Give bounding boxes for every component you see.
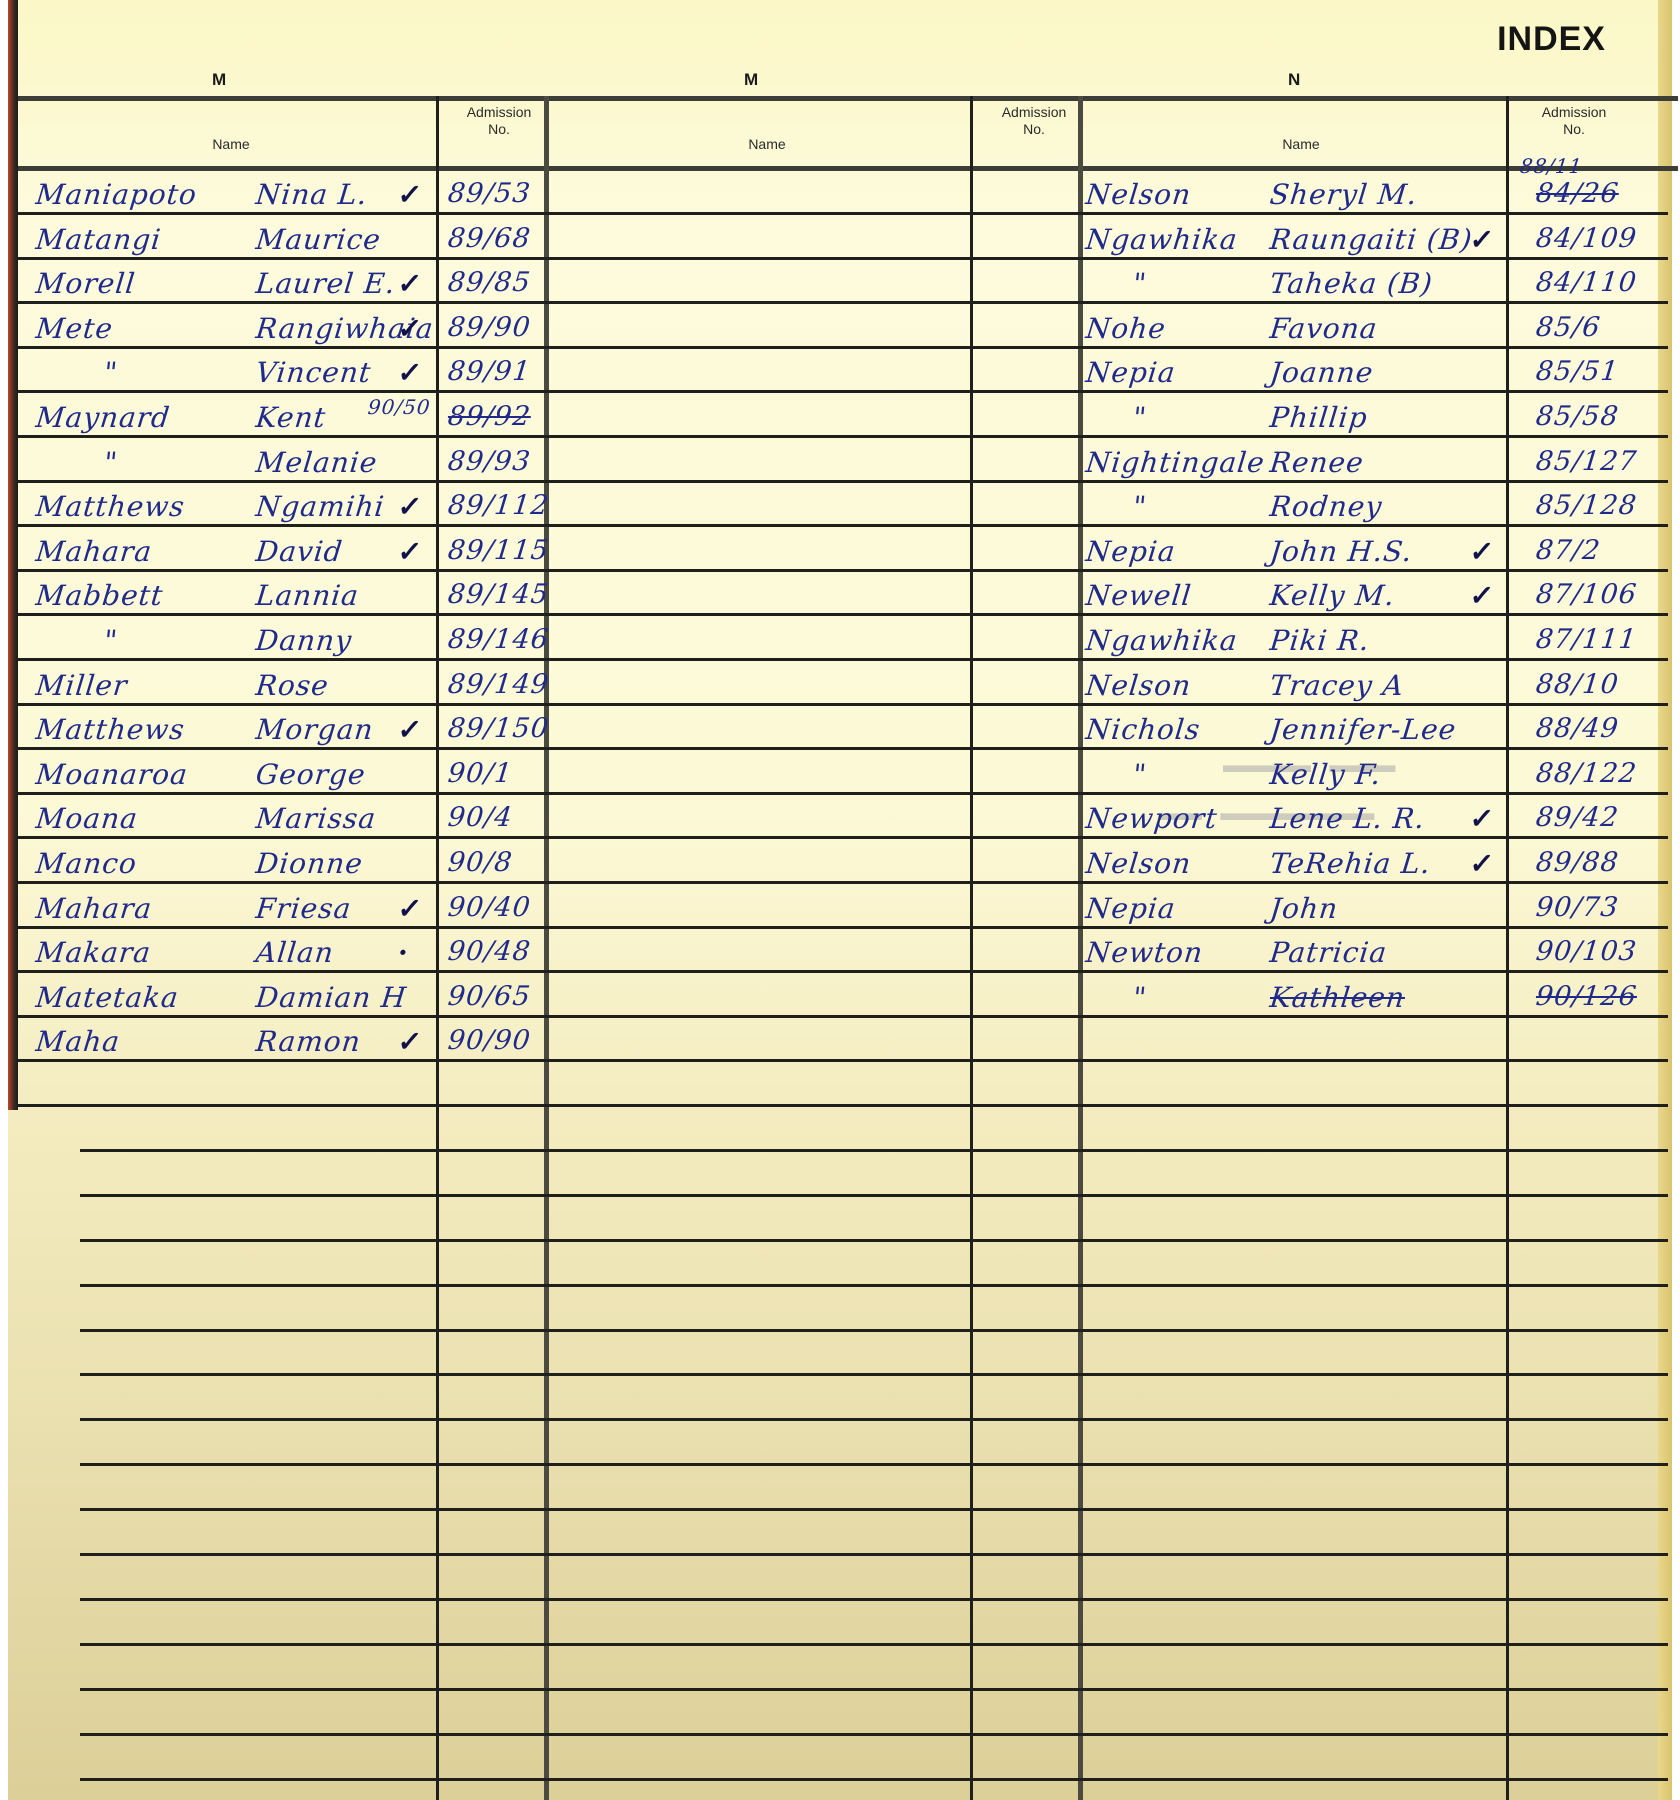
correction-note: 90/50 xyxy=(367,395,432,419)
given-name: John H.S. xyxy=(1268,535,1414,568)
surname: Moana xyxy=(34,802,139,835)
admission-number: 89/149 xyxy=(446,669,550,700)
header-top-rule xyxy=(18,96,1678,101)
check-mark-icon: ✓ xyxy=(396,1025,424,1058)
admission-number: 90/126 xyxy=(1534,981,1638,1012)
given-name: Nina L. xyxy=(254,178,369,211)
admission-number: 84/26 xyxy=(1534,178,1620,209)
check-mark-icon: ✓ xyxy=(396,535,424,568)
row-rule xyxy=(80,1643,1668,1646)
given-name: Laurel E. xyxy=(254,267,397,300)
surname: Newton xyxy=(1084,936,1205,969)
admission-number: 85/127 xyxy=(1534,446,1638,477)
admission-label: Admission xyxy=(980,104,1088,121)
divider-4 xyxy=(1078,96,1083,1800)
divider-2 xyxy=(544,96,549,1800)
admission-number: 85/6 xyxy=(1534,312,1602,343)
given-name: Kelly F. xyxy=(1268,758,1383,791)
check-mark-icon: ✓ xyxy=(396,490,424,523)
col-header-name-3: Name xyxy=(1088,136,1514,153)
admission-number: 87/106 xyxy=(1534,579,1638,610)
col-header-name-1: Name xyxy=(18,136,444,153)
admission-number: 89/92 xyxy=(446,401,532,432)
row-rule xyxy=(18,836,1668,839)
given-name: Maurice xyxy=(254,223,382,256)
admission-label: Admission xyxy=(444,104,554,121)
surname: Nichols xyxy=(1084,713,1202,746)
admission-number: 90/73 xyxy=(1534,892,1620,923)
given-name: Kathleen xyxy=(1268,981,1406,1014)
given-name: Lene L. R. xyxy=(1268,802,1427,835)
surname: Mahara xyxy=(34,535,154,568)
given-name: Ngamihi xyxy=(254,490,386,523)
row-rule xyxy=(80,1463,1668,1466)
row-rule xyxy=(80,1239,1668,1242)
row-rule xyxy=(80,1508,1668,1511)
given-name: Allan xyxy=(254,936,335,969)
surname: Maynard xyxy=(34,401,172,434)
given-name: Rose xyxy=(254,669,330,702)
col-header-admission-2: Admission No. xyxy=(980,104,1088,138)
admission-number: 85/128 xyxy=(1534,490,1638,521)
surname: Manco xyxy=(34,847,138,880)
surname: Mete xyxy=(34,312,115,345)
row-rule xyxy=(18,1015,1668,1018)
row-rule xyxy=(18,390,1668,393)
admission-number: 89/85 xyxy=(446,267,532,298)
given-name: Friesa xyxy=(254,892,353,925)
row-rule xyxy=(18,569,1668,572)
admission-number: 85/51 xyxy=(1534,356,1620,387)
admission-number: 90/8 xyxy=(446,847,514,878)
row-rule xyxy=(18,257,1668,260)
row-rule xyxy=(80,1149,1668,1152)
surname: " xyxy=(102,624,119,657)
row-rule xyxy=(18,613,1668,616)
given-name: Renee xyxy=(1268,446,1365,479)
admission-number: 89/145 xyxy=(446,579,550,610)
given-name: Piki R. xyxy=(1268,624,1371,657)
admission-number: 84/110 xyxy=(1534,267,1638,298)
surname: Nelson xyxy=(1084,847,1193,880)
given-name: Morgan xyxy=(254,713,375,746)
surname: Ngawhika xyxy=(1084,624,1239,657)
surname: " xyxy=(1131,981,1148,1014)
surname: Nelson xyxy=(1084,178,1193,211)
given-name: Danny xyxy=(254,624,353,657)
surname: " xyxy=(1131,267,1148,300)
surname: " xyxy=(102,356,119,389)
admission-number: 89/53 xyxy=(446,178,532,209)
admission-number: 90/40 xyxy=(446,892,532,923)
given-name: Kelly M. xyxy=(1268,579,1396,612)
admission-number: 89/88 xyxy=(1534,847,1620,878)
row-rule xyxy=(18,212,1668,215)
row-rule xyxy=(18,480,1668,483)
row-rule xyxy=(18,703,1668,706)
surname: Nohe xyxy=(1084,312,1167,345)
page-right-edge xyxy=(1658,0,1672,1800)
admission-number: 89/68 xyxy=(446,223,532,254)
surname: Miller xyxy=(34,669,129,702)
check-mark-icon: ✓ xyxy=(1468,535,1496,568)
admission-no-label: No. xyxy=(1514,121,1634,138)
col-header-admission-3: Admission No. xyxy=(1514,104,1634,138)
header-bottom-rule xyxy=(18,166,1678,171)
admission-number: 90/1 xyxy=(446,758,514,789)
given-name: Damian H xyxy=(254,981,408,1014)
check-mark-icon: ✓ xyxy=(396,356,424,389)
divider-1 xyxy=(436,96,439,1800)
given-name: David xyxy=(254,535,344,568)
surname: Nepia xyxy=(1084,356,1177,389)
check-mark-icon: ✓ xyxy=(1468,223,1496,256)
surname: Nelson xyxy=(1084,669,1193,702)
row-rule xyxy=(80,1284,1668,1287)
admission-number: 89/112 xyxy=(446,490,550,521)
admission-number: 89/150 xyxy=(446,713,550,744)
surname: Mahara xyxy=(34,892,154,925)
row-rule xyxy=(80,1598,1668,1601)
given-name: TeRehia L. xyxy=(1268,847,1432,880)
row-rule xyxy=(18,970,1668,973)
page-title: INDEX xyxy=(1497,20,1606,59)
check-mark-icon: ✓ xyxy=(396,267,424,300)
surname: Nightingale xyxy=(1084,446,1266,479)
check-mark-icon: ✓ xyxy=(396,312,424,345)
admission-number: 88/49 xyxy=(1534,713,1620,744)
binding-edge xyxy=(8,0,18,1110)
surname: " xyxy=(102,446,119,479)
admission-number: 89/146 xyxy=(446,624,550,655)
row-rule xyxy=(18,747,1668,750)
row-rule xyxy=(80,1194,1668,1197)
row-rule xyxy=(18,301,1668,304)
given-name: Phillip xyxy=(1268,401,1369,434)
check-mark-icon: ✓ xyxy=(1468,847,1496,880)
surname: Nepia xyxy=(1084,535,1177,568)
correction-note: 88/11 xyxy=(1519,154,1584,178)
surname: Matetaka xyxy=(34,981,180,1014)
surname: Mabbett xyxy=(34,579,165,612)
section-letter-2: M xyxy=(744,70,758,90)
col-header-name-2: Name xyxy=(554,136,980,153)
admission-label: Admission xyxy=(1514,104,1634,121)
row-rule xyxy=(18,926,1668,929)
given-name: Raungaiti (B) xyxy=(1268,223,1474,256)
admission-number: 88/10 xyxy=(1534,669,1620,700)
surname: Ngawhika xyxy=(1084,223,1239,256)
check-mark-icon: ✓ xyxy=(396,178,424,211)
given-name: Marissa xyxy=(254,802,378,835)
given-name: Joanne xyxy=(1268,356,1375,389)
row-rule xyxy=(18,1059,1668,1062)
divider-5 xyxy=(1506,96,1509,1800)
row-rule xyxy=(18,1104,1668,1107)
given-name: Dionne xyxy=(254,847,364,880)
surname: Newell xyxy=(1084,579,1193,612)
col-header-admission-1: Admission No. xyxy=(444,104,554,138)
given-name: Tracey A xyxy=(1268,669,1405,702)
admission-number: 89/93 xyxy=(446,446,532,477)
surname: Matthews xyxy=(34,713,186,746)
row-rule xyxy=(80,1329,1668,1332)
surname: " xyxy=(1131,758,1148,791)
given-name: Patricia xyxy=(1268,936,1389,969)
admission-no-label: No. xyxy=(444,121,554,138)
given-name: Lannia xyxy=(254,579,360,612)
admission-number: 87/2 xyxy=(1534,535,1602,566)
surname: Moanaroa xyxy=(34,758,189,791)
surname: Newport xyxy=(1084,802,1219,835)
admission-number: 90/4 xyxy=(446,802,514,833)
row-rule xyxy=(18,881,1668,884)
section-letter-1: M xyxy=(212,70,226,90)
check-mark-icon: ✓ xyxy=(396,713,424,746)
given-name: John xyxy=(1268,892,1340,925)
given-name: Ramon xyxy=(254,1025,362,1058)
admission-number: 90/90 xyxy=(446,1025,532,1056)
admission-number: 89/91 xyxy=(446,356,532,387)
row-rule xyxy=(80,1418,1668,1421)
check-mark-icon: · xyxy=(396,936,410,969)
row-rule xyxy=(18,435,1668,438)
row-rule xyxy=(18,792,1668,795)
admission-number: 90/103 xyxy=(1534,936,1638,967)
surname: Matthews xyxy=(34,490,186,523)
surname: " xyxy=(1131,401,1148,434)
given-name: Sheryl M. xyxy=(1268,178,1419,211)
check-mark-icon: ✓ xyxy=(396,892,424,925)
row-rule xyxy=(18,524,1668,527)
row-rule xyxy=(80,1553,1668,1556)
row-rule xyxy=(80,1373,1668,1376)
given-name: Kent xyxy=(254,401,327,434)
given-name: Rodney xyxy=(1268,490,1384,523)
surname: " xyxy=(1131,490,1148,523)
given-name: George xyxy=(254,758,367,791)
surname: Maniapoto xyxy=(34,178,198,211)
row-rule xyxy=(80,1688,1668,1691)
admission-number: 89/42 xyxy=(1534,802,1620,833)
surname: Morell xyxy=(34,267,137,300)
row-rule xyxy=(80,1778,1668,1781)
given-name: Melanie xyxy=(254,446,379,479)
given-name: Jennifer-Lee xyxy=(1268,713,1458,746)
surname: Maha xyxy=(34,1025,122,1058)
row-rule xyxy=(18,346,1668,349)
divider-3 xyxy=(970,96,973,1800)
check-mark-icon: ✓ xyxy=(1468,802,1496,835)
row-rule xyxy=(18,658,1668,661)
surname: Matangi xyxy=(34,223,163,256)
admission-number: 85/58 xyxy=(1534,401,1620,432)
given-name: Taheka (B) xyxy=(1268,267,1434,300)
admission-number: 84/109 xyxy=(1534,223,1638,254)
section-letter-3: N xyxy=(1288,70,1300,90)
surname: Nepia xyxy=(1084,892,1177,925)
given-name: Favona xyxy=(1268,312,1379,345)
admission-number: 90/48 xyxy=(446,936,532,967)
admission-number: 89/115 xyxy=(446,535,550,566)
admission-no-label: No. xyxy=(980,121,1088,138)
row-rule xyxy=(80,1733,1668,1736)
surname: Makara xyxy=(34,936,153,969)
admission-number: 89/90 xyxy=(446,312,532,343)
index-ledger-page: INDEX M M N Name Admission No. Name Admi… xyxy=(8,0,1672,1800)
admission-number: 90/65 xyxy=(446,981,532,1012)
given-name: Vincent xyxy=(254,356,373,389)
admission-number: 87/111 xyxy=(1534,624,1638,655)
check-mark-icon: ✓ xyxy=(1468,579,1496,612)
admission-number: 88/122 xyxy=(1534,758,1638,789)
